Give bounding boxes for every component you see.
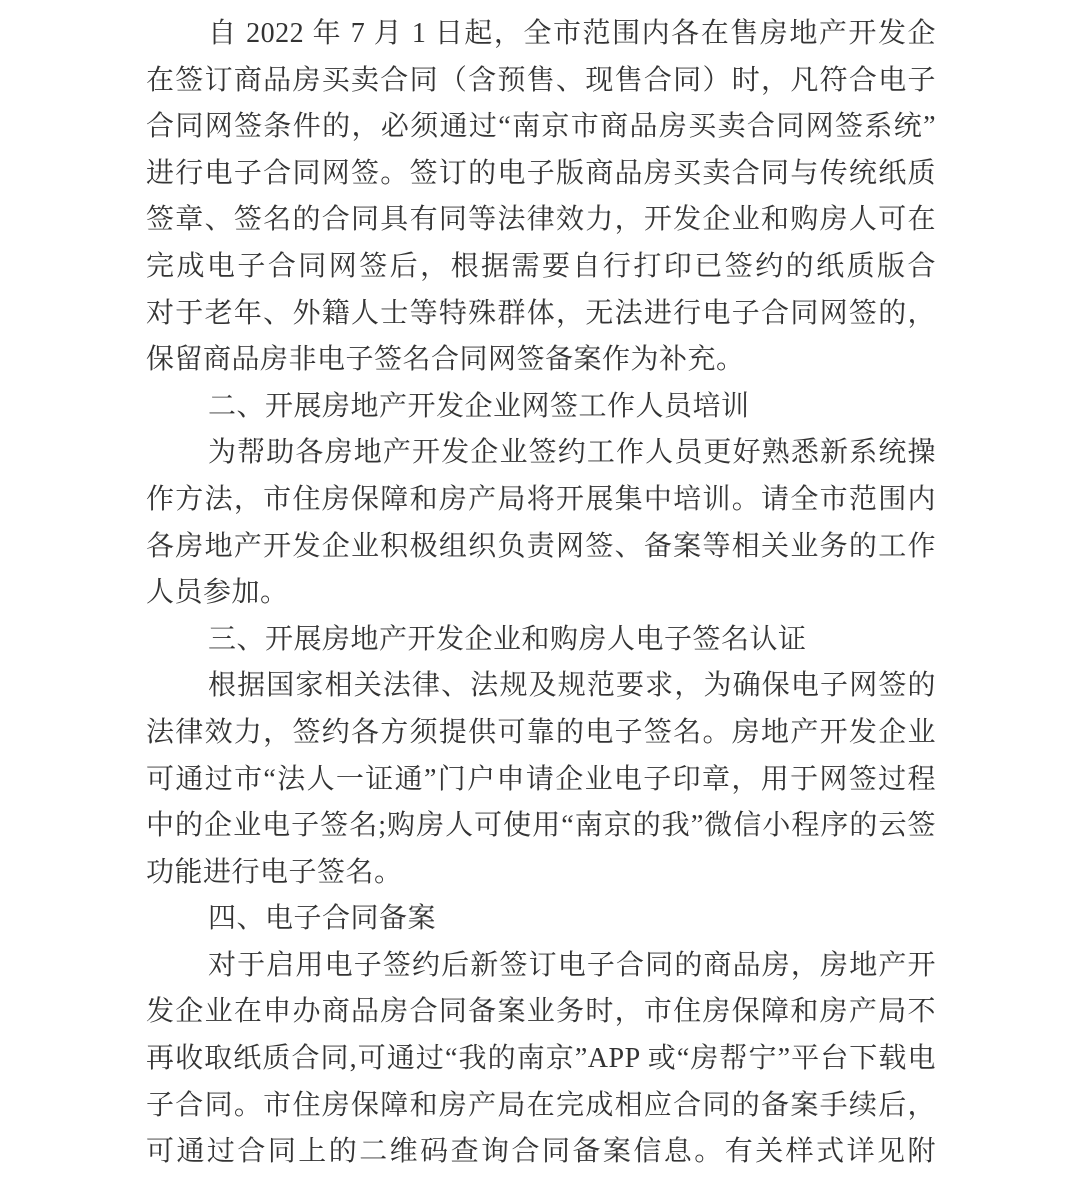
paragraph-2: 为帮助各房地产开发企业签约工作人员更好熟悉新系统操 作方法，市住房保障和房产局将… [146, 430, 936, 616]
heading-line: 二、开展房地产开发企业网签工作人员培训 [146, 384, 936, 431]
document-line: 对于老年、外籍人士等特殊群体，无法进行电子合同网签的， [146, 291, 936, 338]
document-line: 为帮助各房地产开发企业签约工作人员更好熟悉新系统操 [146, 430, 936, 477]
document-line: 签章、签名的合同具有同等法律效力，开发企业和购房人可在 [146, 197, 936, 244]
document-line: 对于启用电子签约后新签订电子合同的商品房，房地产开 [146, 943, 936, 990]
document-line: 可通过市“法人一证通”门户申请企业电子印章，用于网签过程 [146, 757, 936, 804]
document-line: 子合同。市住房保障和房产局在完成相应合同的备案手续后， [146, 1083, 936, 1130]
document-line: 进行电子合同网签。签订的电子版商品房买卖合同与传统纸质 [146, 151, 936, 198]
document-line: 完成电子合同网签后，根据需要自行打印已签约的纸质版合同。 [146, 244, 936, 291]
paragraph-3: 根据国家相关法律、法规及规范要求，为确保电子网签的 法律效力，签约各方须提供可靠… [146, 663, 936, 896]
document-line: 再收取纸质合同,可通过“我的南京”APP 或“房帮宁”平台下载电 [146, 1036, 936, 1083]
document-line: 人员参加。 [146, 570, 936, 617]
document-line: 在签订商品房买卖合同（含预售、现售合同）时，凡符合电子 [146, 58, 936, 105]
heading-line: 四、电子合同备案 [146, 896, 936, 943]
document-line: 发企业在申办商品房合同备案业务时，市住房保障和房产局不 [146, 989, 936, 1036]
document-line: 根据国家相关法律、法规及规范要求，为确保电子网签的 [146, 663, 936, 710]
document-line: 功能进行电子签名。 [146, 850, 936, 897]
paragraph-1: 自 2022 年 7 月 1 日起，全市范围内各在售房地产开发企业 在签订商品房… [146, 11, 936, 384]
heading-line: 三、开展房地产开发企业和购房人电子签名认证 [146, 617, 936, 664]
document-line: 法律效力，签约各方须提供可靠的电子签名。房地产开发企业 [146, 710, 936, 757]
section-heading-3: 三、开展房地产开发企业和购房人电子签名认证 [146, 617, 936, 664]
document-line: 中的企业电子签名;购房人可使用“南京的我”微信小程序的云签 [146, 803, 936, 850]
paragraph-4: 对于启用电子签约后新签订电子合同的商品房，房地产开 发企业在申办商品房合同备案业… [146, 943, 936, 1176]
document-line: 可通过合同上的二维码查询合同备案信息。有关样式详见附件。 [146, 1129, 936, 1176]
document-line: 作方法，市住房保障和房产局将开展集中培训。请全市范围内 [146, 477, 936, 524]
document-line: 各房地产开发企业积极组织负责网签、备案等相关业务的工作 [146, 524, 936, 571]
section-heading-2: 二、开展房地产开发企业网签工作人员培训 [146, 384, 936, 431]
section-heading-4: 四、电子合同备案 [146, 896, 936, 943]
document-line: 保留商品房非电子签名合同网签备案作为补充。 [146, 337, 936, 384]
document-line: 自 2022 年 7 月 1 日起，全市范围内各在售房地产开发企业 [146, 11, 936, 58]
document-line: 合同网签条件的，必须通过“南京市商品房买卖合同网签系统” [146, 104, 936, 151]
document-page: 自 2022 年 7 月 1 日起，全市范围内各在售房地产开发企业 在签订商品房… [146, 11, 936, 1176]
